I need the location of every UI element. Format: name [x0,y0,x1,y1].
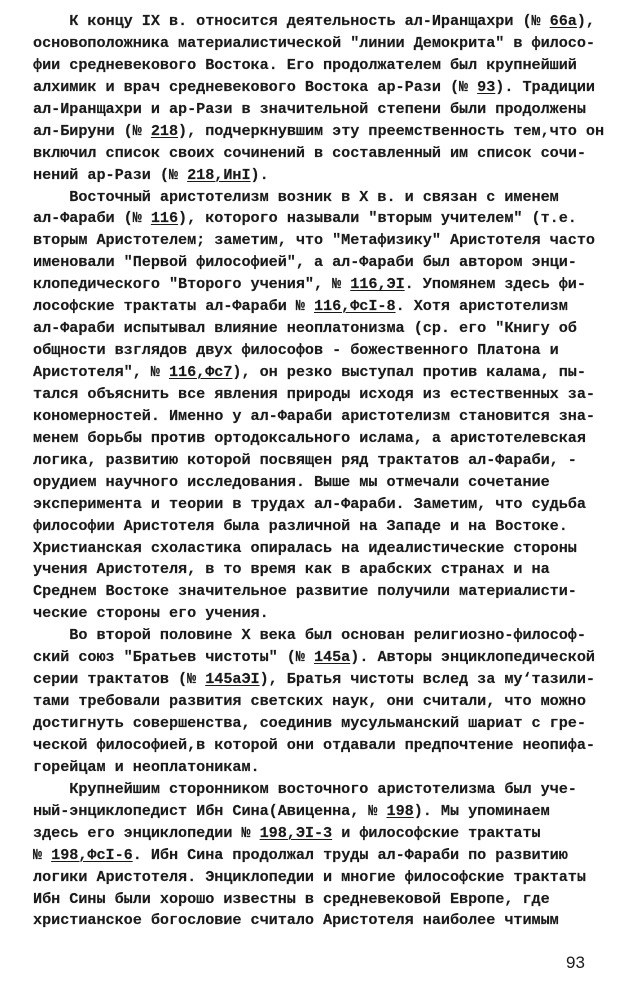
text-line: ал-Фараби (№ 116), которого называли "вт… [33,208,608,230]
text-line: достигнуть совершенства, соединив мусуль… [33,713,608,735]
text-segment: и философские трактаты [332,824,540,842]
catalogue-reference: 198,ФсI-6 [51,846,133,864]
text-line: тами требовали развития светских наук, о… [33,691,608,713]
text-segment: ал-Бируни (№ [33,122,151,140]
catalogue-reference: 116,Фс7 [169,363,232,381]
text-segment: Крупнейшим сторонником восточного аристо… [33,780,577,798]
text-line: нений ар-Рази (№ 218,ИнI). [33,165,608,187]
text-line: Среднем Востоке значительное развитие по… [33,581,608,603]
text-segment: достигнуть совершенства, соединив мусуль… [33,714,586,732]
text-line: Крупнейшим сторонником восточного аристо… [33,779,608,801]
catalogue-reference: 145аЭI [205,670,259,688]
text-segment: нений ар-Рази (№ [33,166,187,184]
text-segment: алхимик и врач средневекового Востока ар… [33,78,477,96]
text-segment: вторым Аристотелем; заметим, что "Метафи… [33,231,595,249]
text-segment: ), он резко выступал против калама, пы- [232,363,586,381]
text-line: философии Аристотеля была различной на З… [33,516,608,538]
text-line: ческой философией,в которой они отдавали… [33,735,608,757]
text-segment: ). Авторы энциклопедической [350,648,595,666]
text-line: ский союз "Братьев чистоты" (№ 145а). Ав… [33,647,608,669]
text-segment: Христианская схоластика опиралась на иде… [33,539,577,557]
text-line: учения Аристотеля, в то время как в араб… [33,559,608,581]
text-segment: ал-Фараби (№ [33,209,151,227]
catalogue-reference: 218,ИнI [187,166,250,184]
text-line: лософские трактаты ал-Фараби № 116,ФсI-8… [33,296,608,318]
text-segment: К концу IX в. относится деятельность ал-… [33,12,550,30]
text-segment: орудием научного исследования. Выше мы о… [33,473,550,491]
text-line: Во второй половине X века был основан ре… [33,625,608,647]
catalogue-reference: 198,ЭI-3 [260,824,333,842]
text-line: № 198,ФсI-6. Ибн Сина продолжал труды ал… [33,845,608,867]
text-line: логики Аристотеля. Энциклопедии и многие… [33,867,608,889]
text-segment: именовали "Первой философией", а ал-Фара… [33,253,577,271]
text-segment: ), Братья чистоты вслед за му‘тазили- [260,670,595,688]
text-segment: эксперимента и теории в трудах ал-Фараби… [33,495,586,513]
text-segment: христианское богословие считало Аристоте… [33,911,559,929]
text-segment: ал-Фараби испытывал влияние неоплатонизм… [33,319,577,337]
text-segment: логика, развитию которой посвящен ряд тр… [33,451,577,469]
catalogue-reference: 198 [387,802,414,820]
text-segment: ал-Иранщахри и ар-Рази в значительной ст… [33,100,586,118]
text-line: Ибн Сины были хорошо известны в средневе… [33,889,608,911]
text-line: логика, развитию которой посвящен ряд тр… [33,450,608,472]
text-line: основоположника материалистической "лини… [33,33,608,55]
text-segment: основоположника материалистической "лини… [33,34,595,52]
text-segment: Ибн Сины были хорошо известны в средневе… [33,890,550,908]
text-line: эксперимента и теории в трудах ал-Фараби… [33,494,608,516]
text-segment: тами требовали развития светских наук, о… [33,692,586,710]
text-line: общности взглядов двух философов - божес… [33,340,608,362]
catalogue-reference: 116,ФсI-8 [314,297,396,315]
text-segment: ческой философией,в которой они отдавали… [33,736,595,754]
text-line: Христианская схоластика опиралась на иде… [33,538,608,560]
catalogue-reference: 218 [151,122,178,140]
text-segment: № [33,846,51,864]
text-segment: здесь его энциклопедии № [33,824,260,842]
text-line: алхимик и врач средневекового Востока ар… [33,77,608,99]
text-line: ческие стороны его учения. [33,603,608,625]
text-segment: клопедического "Второго учения", № [33,275,350,293]
text-segment: менем борьбы против ортодоксального исла… [33,429,586,447]
text-line: тался объяснить все явления природы исхо… [33,384,608,406]
text-line: Аристотеля", № 116,Фс7), он резко выступ… [33,362,608,384]
text-segment: ). [251,166,269,184]
text-line: христианское богословие считало Аристоте… [33,910,608,932]
text-line: здесь его энциклопедии № 198,ЭI-3 и фило… [33,823,608,845]
text-segment: ческие стороны его учения. [33,604,269,622]
text-segment: философии Аристотеля была различной на З… [33,517,568,535]
catalogue-reference: 116,ЭI [350,275,404,293]
document-page: К концу IX в. относится деятельность ал-… [0,0,620,1000]
text-segment: ), подчеркнувшим эту преемственность тем… [178,122,604,140]
text-line: орудием научного исследования. Выше мы о… [33,472,608,494]
text-line: именовали "Первой философией", а ал-Фара… [33,252,608,274]
text-line: вторым Аристотелем; заметим, что "Метафи… [33,230,608,252]
text-segment: Восточный аристотелизм возник в X в. и с… [33,188,559,206]
text-segment: включил список своих сочинений в составл… [33,144,586,162]
text-line: серии трактатов (№ 145аЭI), Братья чисто… [33,669,608,691]
text-segment: Аристотеля", № [33,363,169,381]
text-segment: ). Традиции [495,78,595,96]
text-line: фии средневекового Востока. Его продолжа… [33,55,608,77]
text-line: кономерностей. Именно у ал-Фараби аристо… [33,406,608,428]
catalogue-reference: 116 [151,209,178,227]
text-line: включил список своих сочинений в составл… [33,143,608,165]
text-segment: тался объяснить все явления природы исхо… [33,385,595,403]
text-segment: . Упомянем здесь фи- [405,275,586,293]
catalogue-reference: 66а [550,12,577,30]
text-segment: лософские трактаты ал-Фараби № [33,297,314,315]
text-segment: ский союз "Братьев чистоты" (№ [33,648,314,666]
text-line: Восточный аристотелизм возник в X в. и с… [33,187,608,209]
text-line: ал-Иранщахри и ар-Рази в значительной ст… [33,99,608,121]
body-text: К концу IX в. относится деятельность ал-… [33,11,608,932]
text-line: К концу IX в. относится деятельность ал-… [33,11,608,33]
page-number: 93 [566,953,585,973]
text-line: ал-Бируни (№ 218), подчеркнувшим эту пре… [33,121,608,143]
text-segment: Во второй половине X века был основан ре… [33,626,586,644]
text-segment: фии средневекового Востока. Его продолжа… [33,56,577,74]
text-segment: Среднем Востоке значительное развитие по… [33,582,577,600]
text-line: клопедического "Второго учения", № 116,Э… [33,274,608,296]
text-line: ал-Фараби испытывал влияние неоплатонизм… [33,318,608,340]
text-segment: серии трактатов (№ [33,670,205,688]
text-segment: ный-энциклопедист Ибн Сина(Авиценна, № [33,802,387,820]
text-line: ный-энциклопедист Ибн Сина(Авиценна, № 1… [33,801,608,823]
text-segment: . Хотя аристотелизм [396,297,568,315]
text-segment: ), [577,12,595,30]
text-segment: . Ибн Сина продолжал труды ал-Фараби по … [133,846,568,864]
text-segment: учения Аристотеля, в то время как в араб… [33,560,550,578]
text-segment: ), которого называли "вторым учителем" (… [178,209,577,227]
text-segment: ). Мы упоминаем [414,802,550,820]
text-segment: горейцам и неоплатоникам. [33,758,260,776]
text-line: горейцам и неоплатоникам. [33,757,608,779]
text-segment: общности взглядов двух философов - божес… [33,341,559,359]
text-segment: логики Аристотеля. Энциклопедии и многие… [33,868,586,886]
catalogue-reference: 93 [477,78,495,96]
catalogue-reference: 145а [314,648,350,666]
text-segment: кономерностей. Именно у ал-Фараби аристо… [33,407,595,425]
text-line: менем борьбы против ортодоксального исла… [33,428,608,450]
